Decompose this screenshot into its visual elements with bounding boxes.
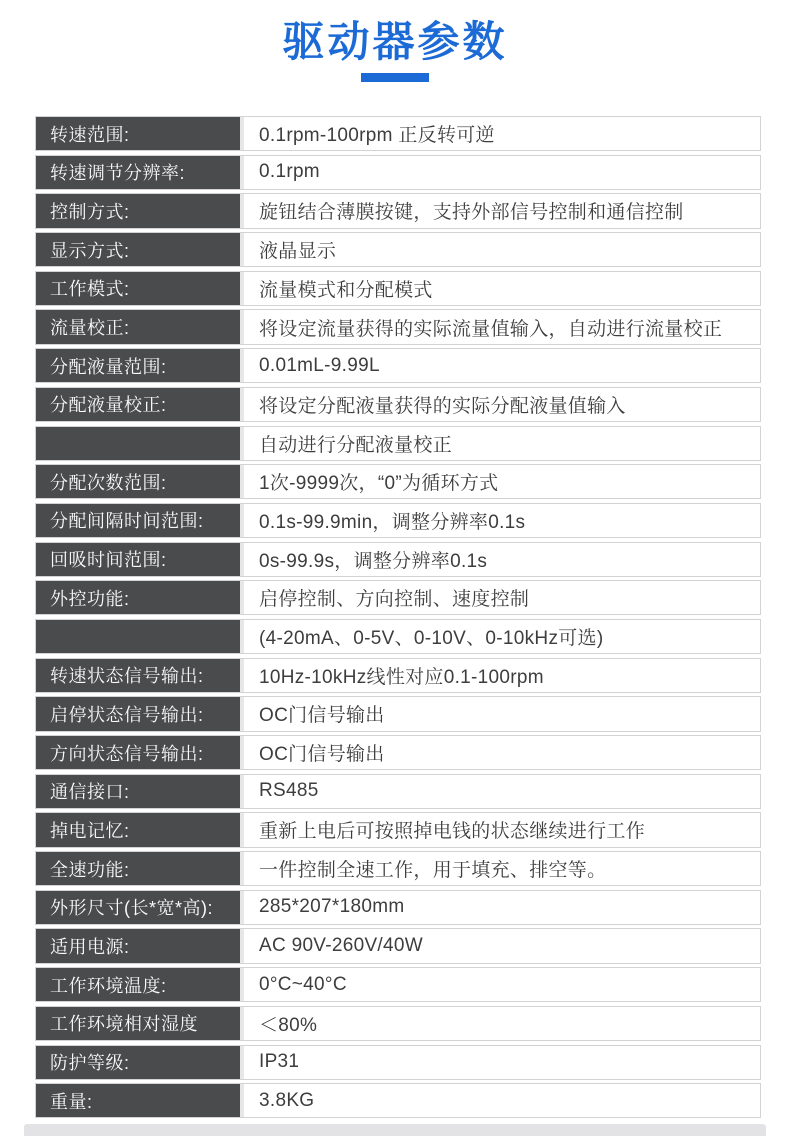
spec-value-cell: 重新上电后可按照掉电钱的状态继续进行工作 [244, 813, 760, 846]
spec-label-cell [36, 427, 244, 460]
spec-label-cell: 流量校正: [36, 310, 244, 343]
spec-label-cell: 外形尺寸(长*宽*高): [36, 891, 244, 924]
bottom-strip [24, 1124, 766, 1136]
spec-value-cell: (4-20mA、0-5V、0-10V、0-10kHz可选) [244, 620, 760, 653]
table-row: 防护等级: IP31 [35, 1045, 761, 1080]
spec-value-cell: 10Hz-10kHz线性对应0.1-100rpm [244, 659, 760, 692]
spec-value-cell: 0s-99.9s，调整分辨率0.1s [244, 543, 760, 576]
table-row: 显示方式: 液晶显示 [35, 232, 761, 267]
spec-label-cell [36, 620, 244, 653]
table-row: 转速状态信号输出: 10Hz-10kHz线性对应0.1-100rpm [35, 658, 761, 693]
table-row: 分配次数范围: 1次-9999次，“0”为循环方式 [35, 464, 761, 499]
table-row: 回吸时间范围: 0s-99.9s，调整分辨率0.1s [35, 542, 761, 577]
title-underline-bar [361, 73, 429, 82]
spec-label-cell: 工作环境温度: [36, 968, 244, 1001]
spec-value-cell: 流量模式和分配模式 [244, 272, 760, 305]
table-row: 分配液量校正: 将设定分配液量获得的实际分配液量值输入 [35, 387, 761, 422]
spec-value-cell: ＜80% [244, 1007, 760, 1040]
spec-value-cell: 一件控制全速工作，用于填充、排空等。 [244, 852, 760, 885]
spec-label-cell: 适用电源: [36, 929, 244, 962]
spec-label-cell: 掉电记忆: [36, 813, 244, 846]
table-row: 方向状态信号输出: OC门信号输出 [35, 735, 761, 770]
table-row: 掉电记忆: 重新上电后可按照掉电钱的状态继续进行工作 [35, 812, 761, 847]
spec-label-cell: 回吸时间范围: [36, 543, 244, 576]
spec-value-cell: 0.1rpm-100rpm 正反转可逆 [244, 117, 760, 150]
spec-value-cell: 0.01mL-9.99L [244, 349, 760, 382]
spec-label-cell: 转速范围: [36, 117, 244, 150]
spec-label-cell: 分配液量校正: [36, 388, 244, 421]
table-row: 工作环境温度: 0°C~40°C [35, 967, 761, 1002]
spec-label-cell: 全速功能: [36, 852, 244, 885]
spec-value-cell: AC 90V-260V/40W [244, 929, 760, 962]
table-row: 外控功能: 启停控制、方向控制、速度控制 [35, 580, 761, 615]
spec-label-cell: 外控功能: [36, 581, 244, 614]
spec-label-cell: 方向状态信号输出: [36, 736, 244, 769]
spec-value-cell: RS485 [244, 775, 760, 808]
table-row: 全速功能: 一件控制全速工作，用于填充、排空等。 [35, 851, 761, 886]
spec-value-cell: 启停控制、方向控制、速度控制 [244, 581, 760, 614]
spec-value-cell: 0°C~40°C [244, 968, 760, 1001]
page-title: 驱动器参数 [0, 18, 790, 66]
spec-value-cell: 将设定流量获得的实际流量值输入，自动进行流量校正 [244, 310, 760, 343]
spec-label-cell: 重量: [36, 1084, 244, 1117]
spec-label-cell: 通信接口: [36, 775, 244, 808]
table-row: 重量: 3.8KG [35, 1083, 761, 1118]
spec-value-cell: 将设定分配液量获得的实际分配液量值输入 [244, 388, 760, 421]
spec-label-cell: 转速调节分辨率: [36, 156, 244, 189]
table-row: 分配间隔时间范围: 0.1s-99.9min，调整分辨率0.1s [35, 503, 761, 538]
table-row: 流量校正: 将设定流量获得的实际流量值输入，自动进行流量校正 [35, 309, 761, 344]
table-row: 分配液量范围: 0.01mL-9.99L [35, 348, 761, 383]
spec-table: 转速范围: 0.1rpm-100rpm 正反转可逆 转速调节分辨率: 0.1rp… [35, 116, 761, 1122]
spec-label-cell: 分配液量范围: [36, 349, 244, 382]
spec-value-cell: 1次-9999次，“0”为循环方式 [244, 465, 760, 498]
page-header: 驱动器参数 [0, 0, 790, 82]
spec-label-cell: 显示方式: [36, 233, 244, 266]
table-row: 外形尺寸(长*宽*高): 285*207*180mm [35, 890, 761, 925]
table-row: 启停状态信号输出: OC门信号输出 [35, 696, 761, 731]
table-row: 转速调节分辨率: 0.1rpm [35, 155, 761, 190]
spec-value-cell: 旋钮结合薄膜按键，支持外部信号控制和通信控制 [244, 194, 760, 227]
spec-label-cell: 防护等级: [36, 1046, 244, 1079]
table-row: 转速范围: 0.1rpm-100rpm 正反转可逆 [35, 116, 761, 151]
spec-value-cell: 285*207*180mm [244, 891, 760, 924]
spec-label-cell: 控制方式: [36, 194, 244, 227]
table-row: 工作模式: 流量模式和分配模式 [35, 271, 761, 306]
spec-value-cell: OC门信号输出 [244, 736, 760, 769]
spec-label-cell: 分配次数范围: [36, 465, 244, 498]
spec-label-cell: 启停状态信号输出: [36, 697, 244, 730]
spec-value-cell: 液晶显示 [244, 233, 760, 266]
table-row: (4-20mA、0-5V、0-10V、0-10kHz可选) [35, 619, 761, 654]
table-row: 适用电源: AC 90V-260V/40W [35, 928, 761, 963]
table-row: 控制方式: 旋钮结合薄膜按键，支持外部信号控制和通信控制 [35, 193, 761, 228]
spec-label-cell: 工作环境相对湿度 [36, 1007, 244, 1040]
table-row: 通信接口: RS485 [35, 774, 761, 809]
spec-value-cell: 自动进行分配液量校正 [244, 427, 760, 460]
table-row: 自动进行分配液量校正 [35, 426, 761, 461]
table-row: 工作环境相对湿度 ＜80% [35, 1006, 761, 1041]
spec-label-cell: 转速状态信号输出: [36, 659, 244, 692]
spec-value-cell: IP31 [244, 1046, 760, 1079]
spec-value-cell: OC门信号输出 [244, 697, 760, 730]
spec-label-cell: 工作模式: [36, 272, 244, 305]
spec-value-cell: 3.8KG [244, 1084, 760, 1117]
spec-label-cell: 分配间隔时间范围: [36, 504, 244, 537]
spec-value-cell: 0.1rpm [244, 156, 760, 189]
spec-value-cell: 0.1s-99.9min，调整分辨率0.1s [244, 504, 760, 537]
